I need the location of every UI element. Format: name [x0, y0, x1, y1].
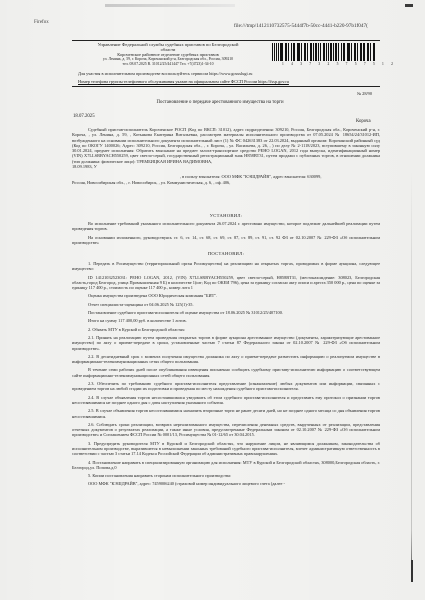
barcode-bar	[370, 43, 371, 61]
barcode	[272, 43, 376, 61]
item-5-party: ООО МФК "КЭШДРАЙВ", адрес: 7459006240 (с…	[72, 481, 380, 486]
barcode-bar	[330, 43, 332, 61]
phone-notice: Номер телефона группы телефонного обслуж…	[78, 79, 289, 84]
intro-section: Судебный пристав-исполнитель Короченское…	[72, 127, 380, 185]
established-section: Во исполнение требований указанного испо…	[72, 221, 380, 245]
org-line-5: тел. 08.07.2025 В. 31012/25/441447 Тел. …	[78, 62, 258, 67]
barcode-bar	[294, 43, 295, 61]
barcode-bar	[288, 43, 289, 61]
item-1: 1. Передать в Росимущество (территориаль…	[72, 261, 380, 272]
scan-smudge	[105, 4, 235, 7]
barcode-bar	[281, 43, 283, 61]
document-place: Короча	[356, 119, 371, 124]
barcode-bar	[336, 43, 337, 61]
file-url: file:///tmp/1412110732575-5444f7b-50cc-4…	[234, 23, 368, 29]
item-2-3: 2.3. Обеспечить по требованию судебного …	[72, 381, 380, 392]
barcode-bar	[355, 43, 356, 61]
scan-mark	[405, 4, 413, 7]
item-4: 4. Постановление направить в специализир…	[72, 460, 380, 471]
barcode-bar	[351, 43, 352, 61]
barcode-bar	[324, 43, 325, 61]
barcode-bar	[320, 43, 321, 61]
barcode-bar	[338, 43, 339, 61]
barcode-bar	[363, 43, 365, 61]
barcode-bar	[301, 43, 302, 61]
item-2-2: 2.2. В десятидневный срок с момента полу…	[72, 354, 380, 365]
item-2: 2. Обязать МТУ в Курской и Белгородской …	[72, 327, 380, 332]
item-2-4: 2.4. В случае объявления торгов несостоя…	[72, 395, 380, 406]
item-5: 5. Копии постановления направить сторона…	[72, 473, 380, 478]
barcode-bar	[286, 43, 287, 61]
barcode-bar	[313, 43, 314, 61]
debtor-id: 18.09.1983, У	[72, 164, 380, 169]
barcode-bar	[276, 43, 277, 61]
barcode-bar	[274, 43, 275, 61]
barcode-bar	[280, 43, 281, 61]
issuing-organization: Управление Федеральной службы судебных п…	[78, 42, 258, 67]
barcode-bar	[361, 43, 362, 61]
barcode-bar	[343, 43, 344, 61]
barcode-bar	[307, 43, 308, 61]
item-1-property: ID 14121032523031: РЕНО LOGAN, 2012, (VI…	[72, 275, 380, 291]
scan-edge-mark	[411, 560, 413, 582]
item-2-5: 2.5. В случае объявления торгов несостоя…	[72, 408, 380, 419]
appraisal-report: Отчет специалиста-оценщика от 04.06.2025…	[72, 302, 380, 307]
resolution-section: 1. Передать в Росимущество (территориаль…	[72, 261, 380, 486]
barcode-bar	[293, 43, 294, 61]
barcode-bar	[305, 43, 306, 61]
browser-name: Firefox	[34, 20, 49, 25]
barcode-bar	[344, 43, 345, 61]
barcode-bar	[299, 43, 300, 61]
document-date: 18.07.2025	[73, 114, 95, 119]
document-number: № 28/90	[357, 91, 372, 96]
appraisal-resolution: Постановление судебного пристава-исполни…	[72, 310, 380, 315]
intro-paragraph: Судебный пристав-исполнитель Короченское…	[72, 127, 380, 164]
established-heading: УСТАНОВИЛ:	[72, 213, 380, 218]
total: Итого на сумму 117 400,00 руб. в количес…	[72, 318, 380, 323]
appraiser: Оценка имущества произведена ООО Юридиче…	[72, 293, 380, 298]
barcode-bar	[349, 43, 350, 61]
item-3: 3. Предупредить руководителя МТУ в Курск…	[72, 441, 380, 457]
barcode-bar	[357, 43, 358, 61]
item-2-1: 2.1. Принять на реализацию путем проведе…	[72, 335, 380, 351]
established-paragraph-1: Во исполнение требований указанного испо…	[72, 221, 380, 232]
barcode-bar	[374, 43, 375, 61]
barcode-bar	[326, 43, 327, 61]
item-2-6: 2.6. Соблюдать сроки реализации, возврат…	[72, 422, 380, 438]
header-rule-top	[72, 40, 380, 41]
established-paragraph-2: На основании изложенного, руководствуясь…	[72, 235, 380, 246]
creditor-address: Россия, Новосибирская обл., , г. Новосиб…	[72, 180, 380, 185]
item-2-2b: В течение семи рабочих дней после опубли…	[72, 367, 380, 378]
barcode-bar	[311, 43, 312, 61]
barcode-number: 1 4 3 7 3 2 5 7 5 7 5 1 2	[282, 62, 372, 66]
header-rule-bottom	[72, 86, 380, 87]
scan-edge-shadow	[411, 170, 412, 570]
gosuslugi-notice: Для участия в исполнительном производств…	[78, 71, 252, 76]
document-title: Постановление о передаче арестованного и…	[60, 100, 380, 105]
barcode-bar	[318, 43, 319, 61]
resolved-heading: ПОСТАНОВИЛ:	[72, 251, 380, 256]
barcode-bar	[368, 43, 369, 61]
barcode-bar	[333, 43, 334, 61]
